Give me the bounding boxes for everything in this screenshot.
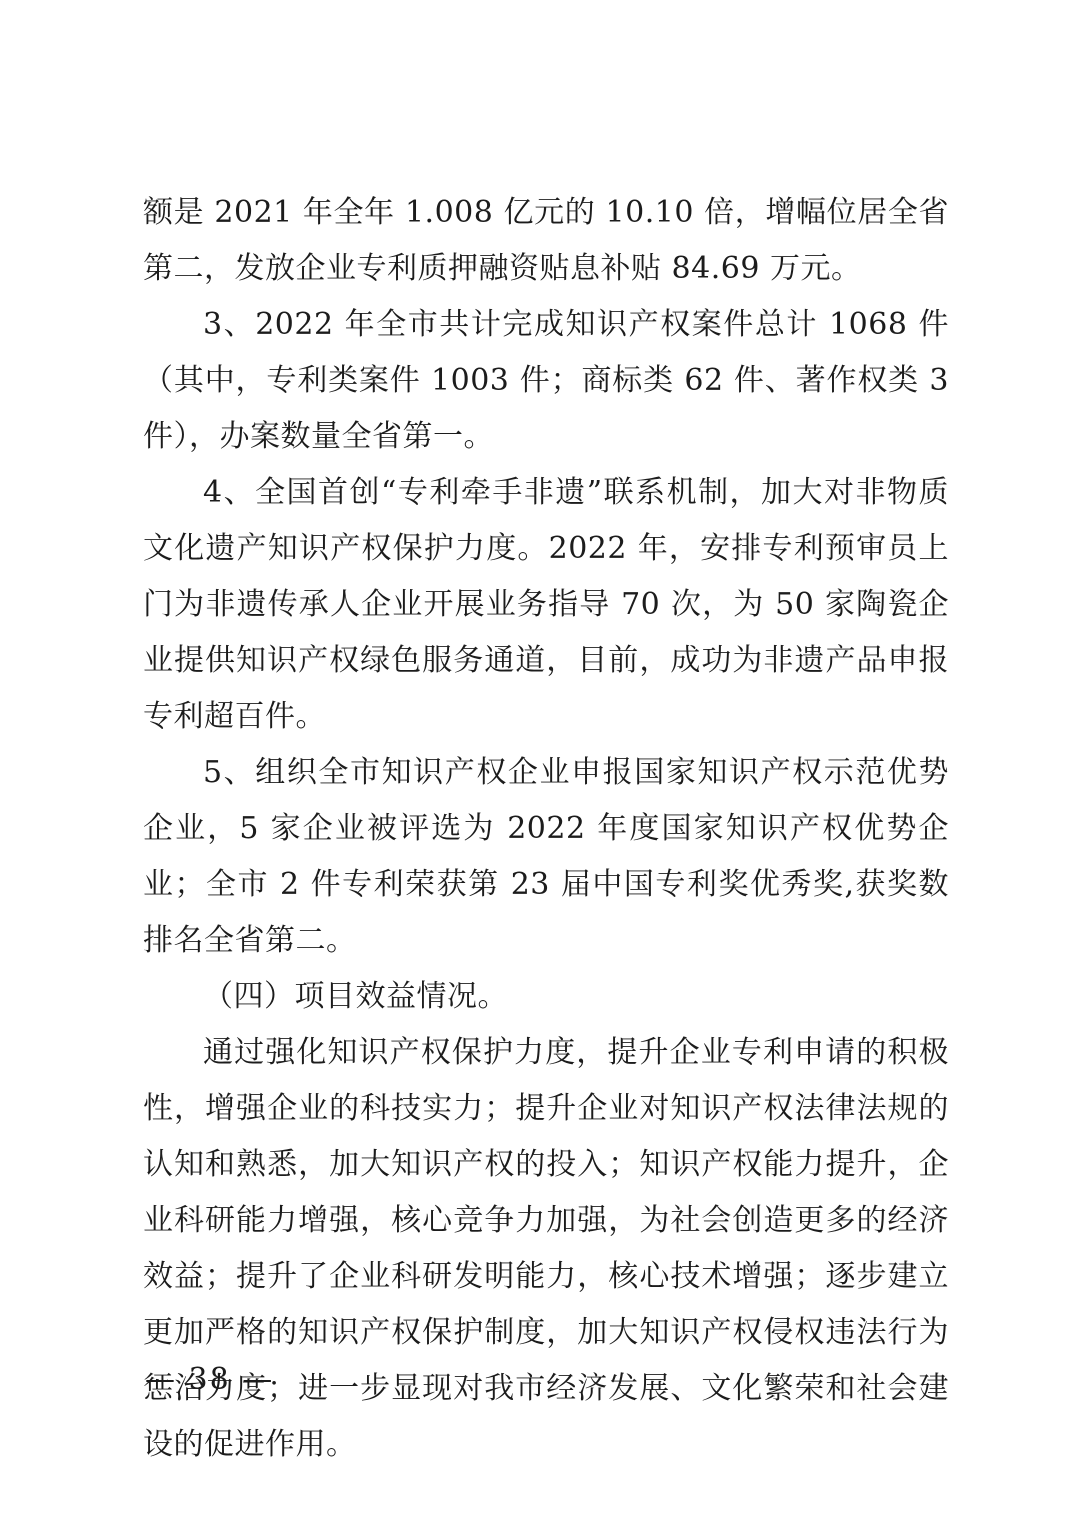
paragraph: 3、2022 年全市共计完成知识产权案件总计 1068 件（其中，专利类案件 1… (143, 297, 949, 465)
page-number: — 38 — (145, 1362, 274, 1397)
paragraph: （四）项目效益情况。 (143, 969, 949, 1025)
paragraph: 5、组织全市知识产权企业申报国家知识产权示范优势企业，5 家企业被评选为 202… (143, 745, 949, 969)
paragraph: 额是 2021 年全年 1.008 亿元的 10.10 倍，增幅位居全省第二，发… (143, 185, 949, 297)
paragraph: 通过强化知识产权保护力度，提升企业专利申请的积极性，增强企业的科技实力；提升企业… (143, 1025, 949, 1473)
paragraph: 4、全国首创“专利牵手非遗”联系机制，加大对非物质文化遗产知识产权保护力度。20… (143, 465, 949, 745)
document-body: 额是 2021 年全年 1.008 亿元的 10.10 倍，增幅位居全省第二，发… (143, 185, 949, 1473)
document-page: 额是 2021 年全年 1.008 亿元的 10.10 倍，增幅位居全省第二，发… (0, 0, 1074, 1520)
